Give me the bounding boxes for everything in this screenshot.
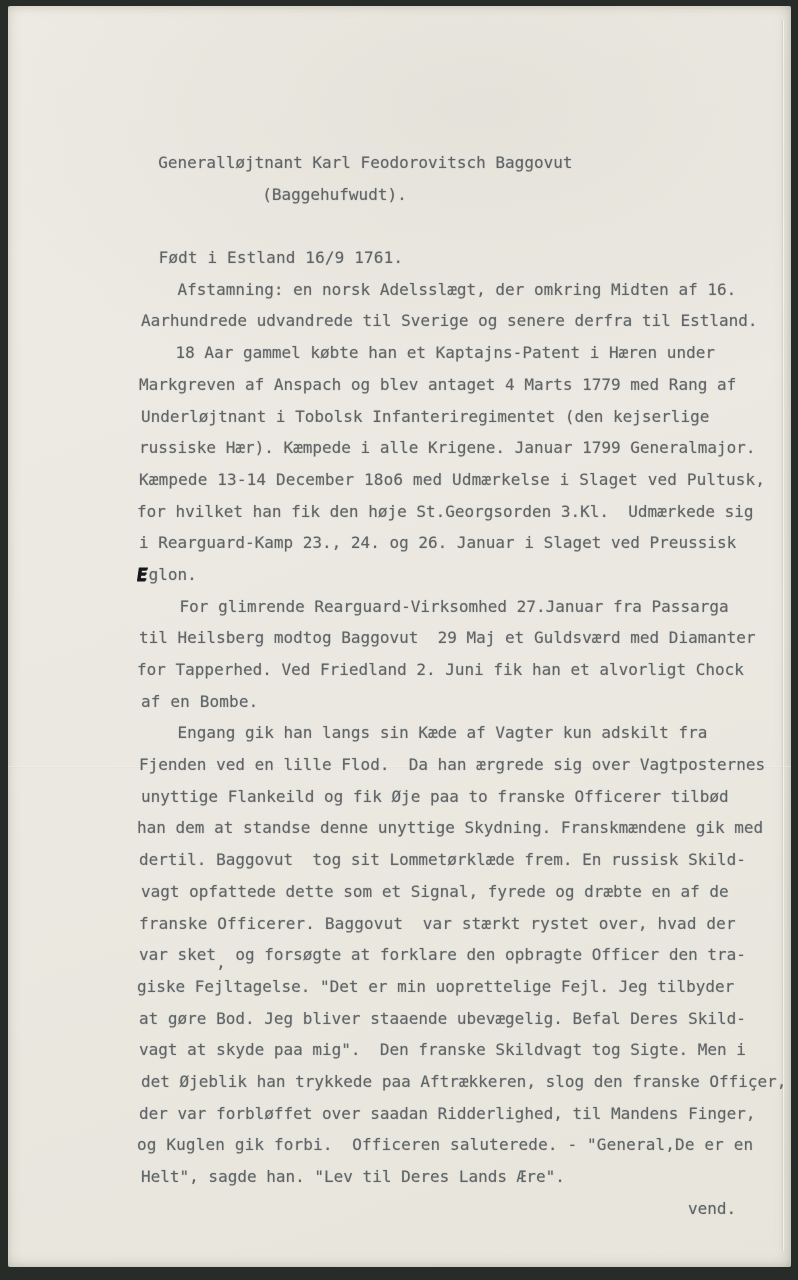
text-line: Fjenden ved en lille Flod. Da han ærgred… (139, 749, 784, 781)
text-line: vagt opfattede dette som et Signal, fyre… (141, 876, 786, 908)
text-line: for Tapperhed. Ved Friedland 2. Juni fik… (137, 654, 782, 686)
paper-sheet: Generalløjtnant Karl Feodorovitsch Baggo… (8, 6, 791, 1267)
text-line: russiske Hær). Kæmpede i alle Krigene. J… (139, 432, 784, 464)
text-line: der var forbløffet over saadan Ridderlig… (139, 1098, 784, 1130)
typewritten-text: Generalløjtnant Karl Feodorovitsch Baggo… (139, 147, 784, 1224)
text-line: Født i Estland 16/9 1761. (139, 242, 784, 274)
text-line: Generalløjtnant Karl Feodorovitsch Baggo… (139, 147, 784, 179)
text-line: vagt at skyde paa mig". Den franske Skil… (139, 1034, 784, 1066)
text-line: Afstamning: en norsk Adelsslægt, der omk… (139, 274, 784, 306)
text-line: Engang gik han langs sin Kæde af Vagter … (139, 717, 784, 749)
text-line: dertil. Baggovut tog sit Lommetørklæde f… (139, 844, 784, 876)
text-line: han dem at standse denne unyttige Skydni… (137, 812, 782, 844)
text-segment: var sket (139, 945, 216, 964)
text-line: Underløjtnant i Tobolsk Infanteriregimen… (141, 401, 786, 433)
text-line: det Øjeblik han trykkede paa Aftrækkeren… (141, 1066, 786, 1098)
text-line: Helt", sagde han. "Lev til Deres Lands Æ… (141, 1161, 786, 1193)
text-line: i Rearguard-Kamp 23., 24. og 26. Januar … (139, 527, 784, 559)
text-line: (Baggehufwudt). (137, 179, 782, 211)
text-line: Eglon. (139, 559, 784, 591)
text-line: For glimrende Rearguard-Virksomhed 27.Ja… (141, 591, 786, 623)
text-line: unyttige Flankeild og fik Øje paa to fra… (141, 781, 786, 813)
text-line: at gøre Bod. Jeg bliver staaende ubevæge… (139, 1003, 784, 1035)
text-line: vend. (688, 1193, 784, 1225)
text-line: til Heilsberg modtog Baggovut 29 Maj et … (139, 622, 784, 654)
text-line: 18 Aar gammel købte han et Kaptajns-Pate… (137, 337, 782, 369)
text-line (141, 210, 786, 242)
text-line: for hvilket han fik den høje St.Georgsor… (137, 496, 782, 528)
text-line: Markgreven af Anspach og blev antaget 4 … (139, 369, 784, 401)
text-line: giske Fejltagelse. "Det er min uoprettel… (137, 971, 782, 1003)
text-line: og Kuglen gik forbi. Officeren salutered… (137, 1129, 782, 1161)
text-line: Kæmpede 13-14 December 18o6 med Udmærkel… (139, 464, 784, 496)
scanned-page-background: Generalløjtnant Karl Feodorovitsch Baggo… (0, 0, 798, 1280)
text-line: Aarhundrede udvandrede til Sverige og se… (141, 305, 786, 337)
text-segment: glon. (149, 565, 197, 584)
overstrike-glyph: E (134, 557, 150, 593)
text-line: var sket, og forsøgte at forklare den op… (139, 939, 784, 971)
text-line: franske Officerer. Baggovut var stærkt r… (139, 908, 784, 940)
text-line: af en Bombe. (141, 686, 786, 718)
text-segment: og forsøgte at forklare den opbragte Off… (226, 945, 746, 964)
